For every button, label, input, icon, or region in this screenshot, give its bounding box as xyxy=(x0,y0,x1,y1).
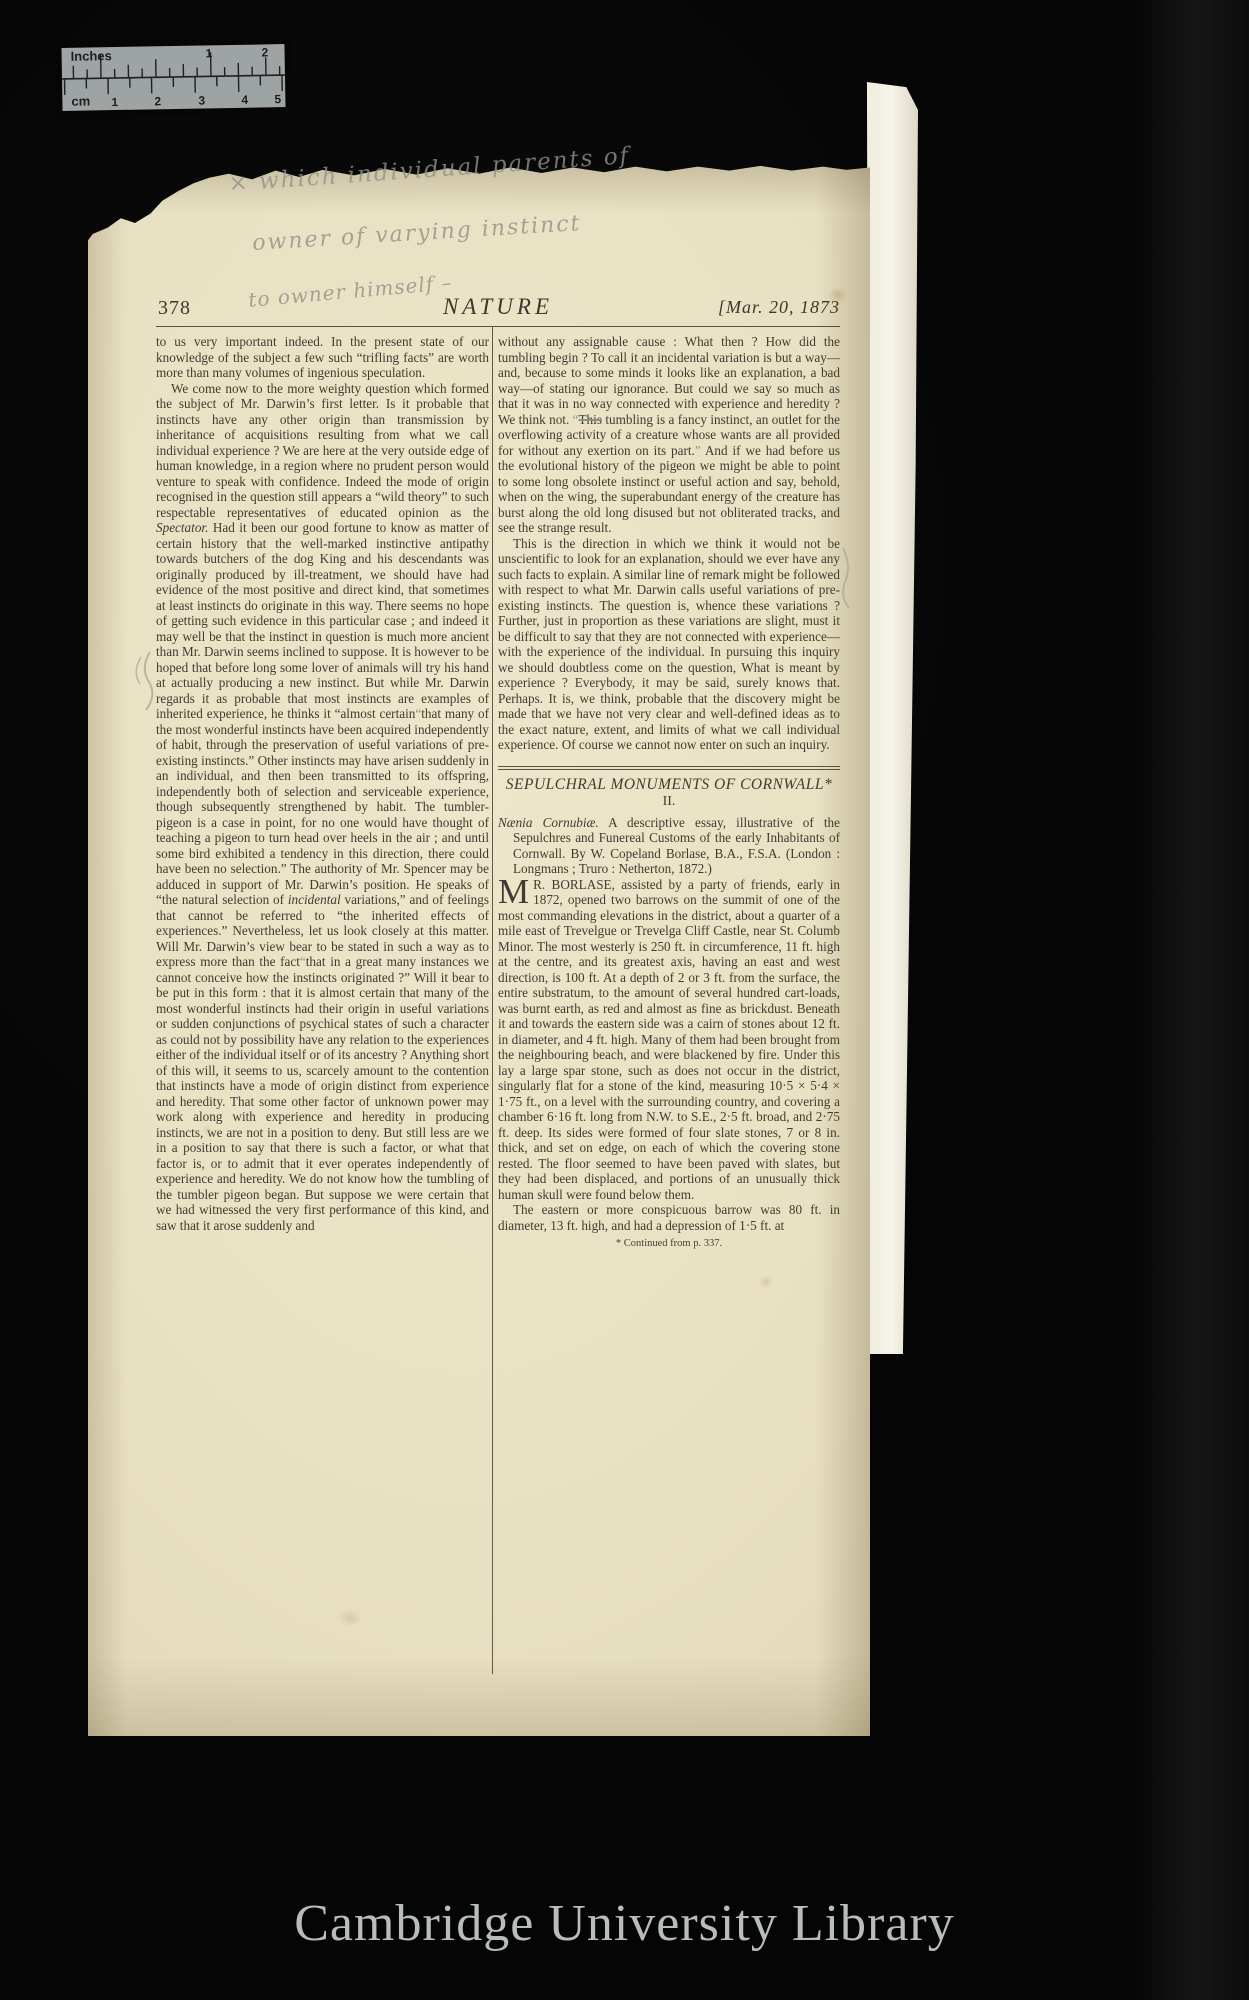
footnote: * Continued from p. 337. xyxy=(498,1236,840,1252)
paragraph: without any assignable cause : What then… xyxy=(498,334,840,536)
article-part-number: II. xyxy=(498,794,840,810)
scan-stage: Inches cm 1 2 1 2 3 4 5 378 NATURE [Mar.… xyxy=(0,0,1249,2000)
paragraph: This is the direction in which we think … xyxy=(498,536,840,753)
ruler-cm-number: 3 xyxy=(198,93,205,107)
right-column: without any assignable cause : What then… xyxy=(498,334,840,1252)
paragraph: MR. BORLASE, assisted by a party of frie… xyxy=(498,877,840,1203)
paragraph: We come now to the more weighty question… xyxy=(156,381,489,1234)
ruler-inch-number: 1 xyxy=(205,46,212,60)
paragraph: to us very important indeed. In the pres… xyxy=(156,334,489,381)
book-edge-shadow xyxy=(1129,0,1249,2000)
ruler-cm-number: 1 xyxy=(111,95,118,109)
article-title: SEPULCHRAL MONUMENTS OF CORNWALL* xyxy=(498,777,840,793)
scanned-page: 378 NATURE [Mar. 20, 1873 to us very imp… xyxy=(88,150,870,1736)
book-reference: Nænia Cornubiæ. A descriptive essay, ill… xyxy=(498,815,840,877)
column-divider xyxy=(492,326,493,1674)
measuring-ruler: Inches cm 1 2 1 2 3 4 5 xyxy=(61,44,285,111)
article-divider-rule xyxy=(498,766,840,770)
library-watermark: Cambridge University Library xyxy=(0,1894,1249,1953)
issue-date: [Mar. 20, 1873 xyxy=(718,297,840,318)
left-column: to us very important indeed. In the pres… xyxy=(156,334,489,1233)
ruler-cm-number: 4 xyxy=(241,93,248,107)
header-rule xyxy=(156,326,840,327)
ruler-inches-label: Inches xyxy=(70,48,111,64)
ruler-inch-number: 2 xyxy=(261,45,268,59)
ruler-cm-label: cm xyxy=(71,93,90,108)
ruler-cm-number: 5 xyxy=(274,92,281,106)
paragraph: The eastern or more conspicuous barrow w… xyxy=(498,1202,840,1233)
ruler-cm-number: 2 xyxy=(154,94,161,108)
